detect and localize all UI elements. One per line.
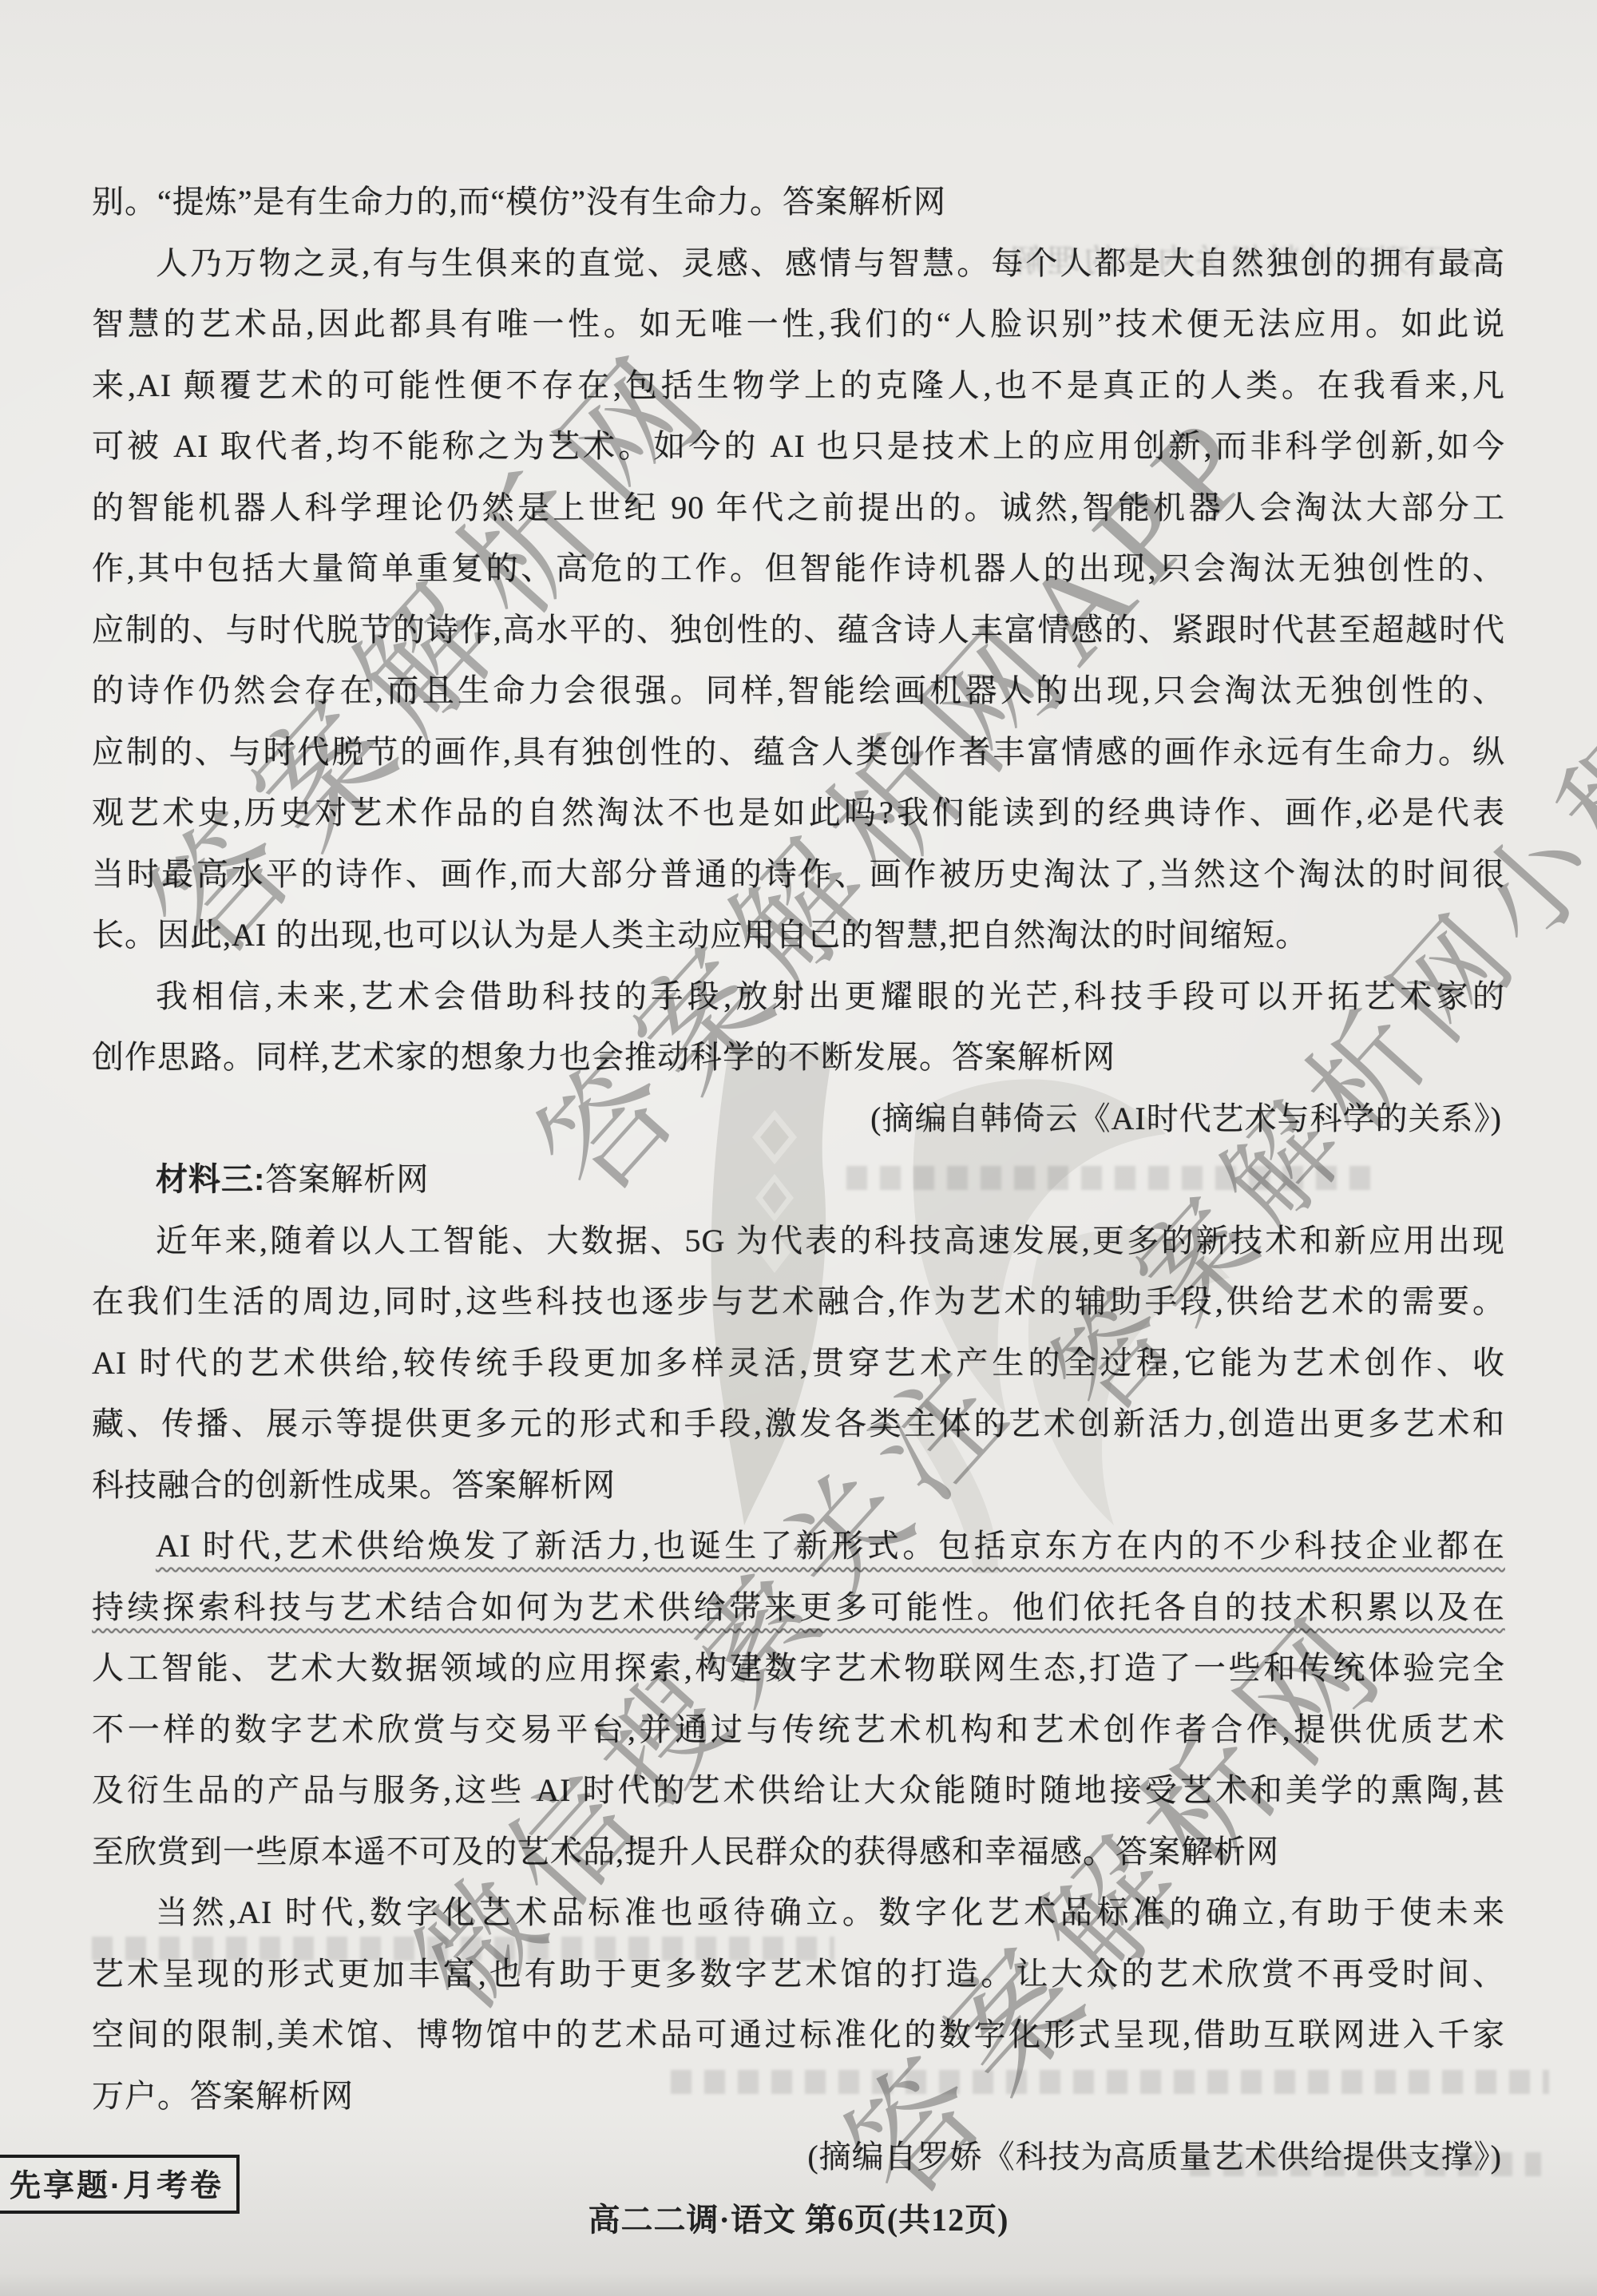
text-line: 不一样的数字艺术欣赏与交易平台,并通过与传统艺术机构和艺术创作者合作,提供优质艺… [92, 1699, 1505, 1761]
text-line: 长。因此,AI 的出现,也可以认为是人类主动应用自己的智慧,把自然淘汰的时间缩短… [92, 905, 1505, 966]
text-line: 人工智能、艺术大数据领域的应用探索,构建数字艺术物联网生态,打造了一些和传统体验… [92, 1638, 1505, 1699]
text-line: 应制的、与时代脱节的画作,具有独创性的、蕴含人类创作者丰富情感的画作永远有生命力… [92, 722, 1505, 783]
scanned-exam-page: 答案解析网 答案解析网APP 微信搜索关注 答案解析网 答案解析网小程序 12.… [0, 0, 1597, 2296]
text-line: 观艺术史,历史对艺术作品的自然淘汰不也是如此吗?我们能读到的经典诗作、画作,必是… [92, 783, 1505, 844]
text-line: 的智能机器人科学理论仍然是上世纪 90 年代之前提出的。诚然,智能机器人会淘汰大… [92, 478, 1505, 539]
text-line: 的诗作仍然会存在,而且生命力会很强。同样,智能绘画机器人的出现,只会淘汰无独创性… [92, 660, 1505, 722]
page-footer: 高二二调·语文 第6页(共12页) [0, 2195, 1597, 2240]
text-line: 作,其中包括大量简单重复的、高危的工作。但智能作诗机器人的出现,只会淘汰无独创性… [92, 538, 1505, 600]
text-line: 近年来,随着以人工智能、大数据、5G 为代表的科技高速发展,更多的新技术和新应用… [92, 1211, 1505, 1272]
text-line: 当时最高水平的诗作、画作,而大部分普通的诗作、画作被历史淘汰了,当然这个淘汰的时… [92, 844, 1505, 906]
text-line: 当然,AI 时代,数字化艺术品标准也亟待确立。数字化艺术品标准的确立,有助于使未… [92, 1882, 1505, 1944]
text-line: AI 时代,艺术供给焕发了新活力,也诞生了新形式。包括京东方在内的不少科技企业都… [92, 1516, 1505, 1577]
text-line: 藏、传播、展示等提供更多元的形式和手段,激发各类主体的艺术创新活力,创造出更多艺… [92, 1394, 1505, 1455]
text-line: 艺术呈现的形式更加丰富,也有助于更多数字艺术馆的打造。让大众的艺术欣赏不再受时间… [92, 1944, 1505, 2005]
text-line: 来,AI 颠覆艺术的可能性便不存在,包括生物学上的克隆人,也不是真正的人类。在我… [92, 355, 1505, 417]
text-line: 空间的限制,美术馆、博物馆中的艺术品可通过标准化的数字化形式呈现,借助互联网进入… [92, 2005, 1505, 2066]
exam-text-column: 别。“提炼”是有生命力的,而“模仿”没有生命力。答案解析网 人乃万物之灵,有与生… [92, 172, 1505, 2188]
text-line: 在我们生活的周边,同时,这些科技也逐步与艺术融合,作为艺术的辅助手段,供给艺术的… [92, 1271, 1505, 1333]
material-heading-label: 材料三: [156, 1162, 265, 1197]
text-line: 人乃万物之灵,有与生俱来的直觉、灵感、感情与智慧。每个人都是大自然独创的拥有最高 [92, 233, 1505, 295]
material-heading-suffix: 答案解析网 [265, 1161, 429, 1197]
text-line: 可被 AI 取代者,均不能称之为艺术。如今的 AI 也只是技术上的应用创新,而非… [92, 416, 1505, 478]
text-line: 科技融合的创新性成果。答案解析网 [92, 1455, 1505, 1517]
text-line: 应制的、与时代脱节的诗作,高水平的、独创性的、蕴含诗人丰富情感的、紧跟时代甚至超… [92, 600, 1505, 661]
text-line: 智慧的艺术品,因此都具有唯一性。如无唯一性,我们的“人脸识别”技术便无法应用。如… [92, 294, 1505, 355]
text-line: AI 时代的艺术供给,较传统手段更加多样灵活,贯穿艺术产生的全过程,它能为艺术创… [92, 1333, 1505, 1394]
text-line: 万户。答案解析网 [92, 2066, 1505, 2127]
text-line: 创作思路。同样,艺术家的想象力也会推动科学的不断发展。答案解析网 [92, 1027, 1505, 1089]
text-line: 及衍生品的产品与服务,这些 AI 时代的艺术供给让大众能随时随地接受艺术和美学的… [92, 1760, 1505, 1822]
citation-line: (摘编自韩倚云《AI时代艺术与科学的关系》) [92, 1089, 1505, 1150]
text-line: 至欣赏到一些原本遥不可及的艺术品,提升人民群众的获得感和幸福感。答案解析网 [92, 1822, 1505, 1883]
citation-line: (摘编自罗娇《科技为高质量艺术供给提供支撑》) [92, 2127, 1505, 2188]
text-line: 别。“提炼”是有生命力的,而“模仿”没有生命力。答案解析网 [92, 172, 1505, 233]
material-heading: 材料三:答案解析网 [92, 1149, 1505, 1211]
text-line: 持续探索科技与艺术结合如何为艺术供给带来更多可能性。他们依托各自的技术积累以及在 [92, 1577, 1505, 1639]
text-line: 我相信,未来,艺术会借助科技的手段,放射出更耀眼的光芒,科技手段可以开拓艺术家的 [92, 966, 1505, 1028]
